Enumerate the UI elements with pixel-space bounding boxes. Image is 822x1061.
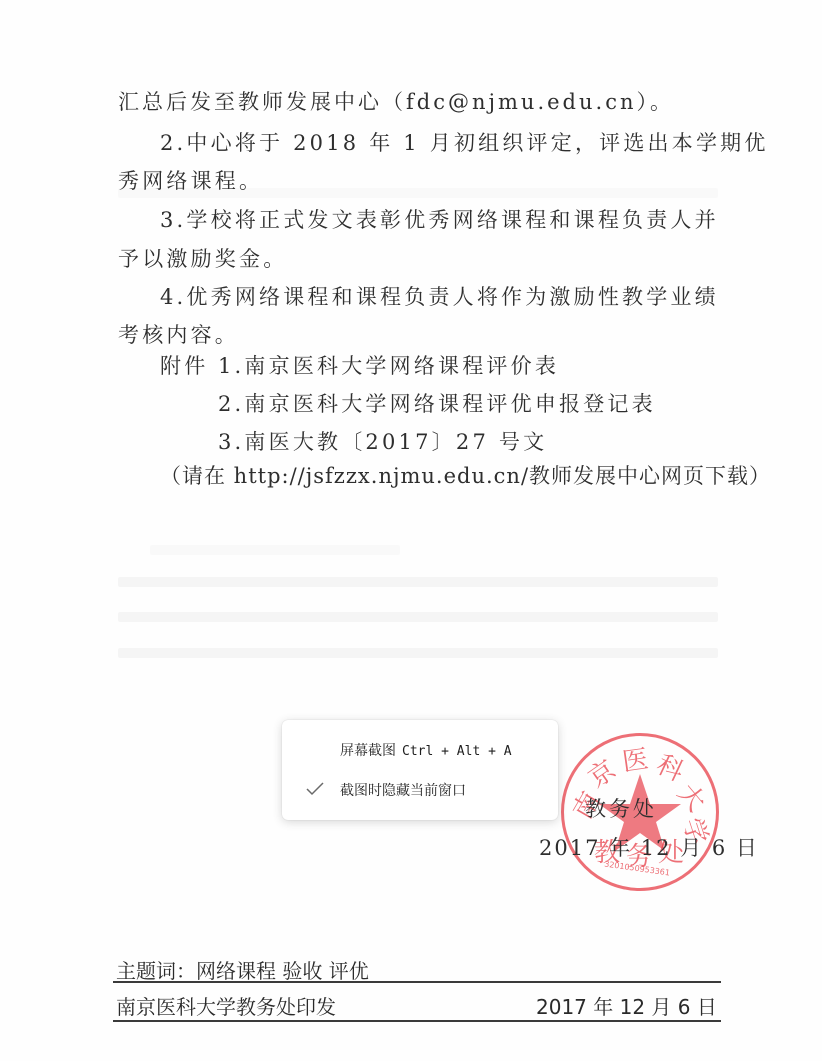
menu-item-screenshot-shortcut: Ctrl + Alt + A — [402, 744, 512, 759]
bleed-through — [118, 648, 718, 658]
document-page: 汇总后发至教师发展中心（fdc@njmu.edu.cn）。 2.中心将于 201… — [0, 0, 822, 1061]
subject-keywords: 主题词：网络课程 验收 评优 — [116, 955, 369, 984]
menu-item-screenshot[interactable]: 屏幕截图Ctrl + Alt + A — [282, 730, 558, 770]
attachment-item-1: 1.南京医科大学网络课程评价表 — [218, 350, 559, 380]
bleed-through — [118, 612, 718, 622]
footer-rule-top — [113, 981, 721, 983]
body-line-5: 予以激励奖金。 — [118, 243, 287, 273]
screenshot-context-menu: 屏幕截图Ctrl + Alt + A 截图时隐藏当前窗口 — [282, 720, 558, 820]
footer-issue-date: 2017 年 12 月 6 日 — [536, 991, 717, 1020]
body-line-3: 秀网络课程。 — [118, 165, 263, 195]
footer-issuer: 南京医科大学教务处印发 — [116, 991, 336, 1020]
menu-item-hide-window[interactable]: 截图时隐藏当前窗口 — [282, 770, 558, 810]
body-line-6: 4.优秀网络课程和课程负责人将作为激励性教学业绩 — [160, 281, 719, 311]
body-line-7: 考核内容。 — [118, 319, 239, 349]
bleed-through — [118, 577, 718, 587]
body-line-2: 2.中心将于 2018 年 1 月初组织评定，评选出本学期优 — [160, 127, 769, 157]
attachments-label: 附件 — [160, 350, 208, 380]
attachment-item-2: 2.南京医科大学网络课程评优申报登记表 — [218, 388, 656, 418]
body-line-4: 3.学校将正式发文表彰优秀网络课程和课程负责人并 — [160, 204, 719, 234]
download-note: （请在 http://jsfzzx.njmu.edu.cn/教师发展中心网页下载… — [160, 460, 771, 490]
bleed-through — [150, 545, 400, 555]
menu-item-hide-window-label: 截图时隐藏当前窗口 — [340, 780, 466, 800]
attachment-item-3: 3.南医大教〔2017〕27 号文 — [218, 426, 547, 456]
signature-date: 2017 年 12 月 6 日 — [539, 832, 759, 862]
checkmark-icon — [306, 782, 324, 796]
footer-rule-bottom — [113, 1020, 721, 1022]
signature-office: 教务处 — [585, 793, 657, 823]
stamp-char: 医 — [620, 738, 651, 778]
menu-item-screenshot-label: 屏幕截图 — [340, 743, 396, 759]
body-line-1: 汇总后发至教师发展中心（fdc@njmu.edu.cn）。 — [118, 86, 674, 116]
